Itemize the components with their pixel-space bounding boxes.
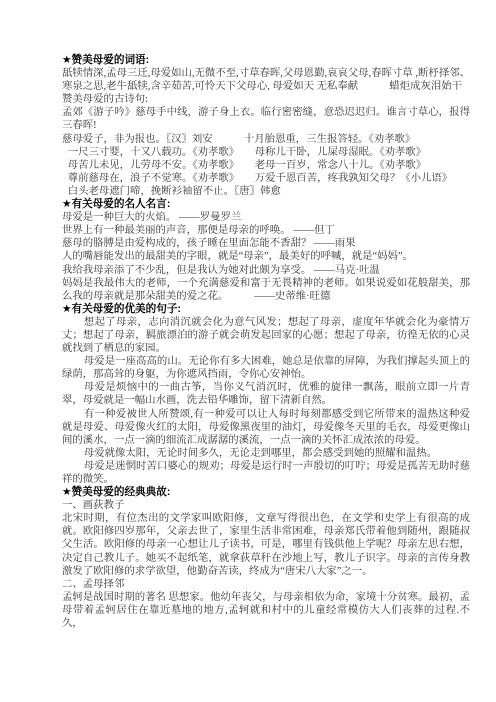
paragraph: 北宋时期，有位杰出的文学家叫欧阳修，文章写得很出色，在文学和史学上有很高的成就。… [62,512,470,577]
paragraph: 母爱是迷惘时苦口婆心的规劝；母爱是运行时一声殷切的叮咛；母爱是孤苦无助时慈祥的微… [62,460,470,486]
text-line: 世界上有一种最美丽的声音，那便是母亲的呼唤。 ——但丁 [62,224,470,237]
text-line: 母爱是一种巨大的火焰。 ——罗曼罗兰 [62,211,470,224]
star-icon: ★ [62,198,72,210]
paragraph: 母爱就像太阳，无论时间多久，无论走到哪里，都会感受到她的照耀和温热。 [62,447,470,460]
paragraph: 想起了母亲，志向消沉就会化为意气风发；想起了母亲，虚度年华就会化为豪情万丈；想起… [62,316,470,355]
text-line: 赞美母爱的古诗句: [62,93,470,106]
paragraph: 舐犊情深,孟母三迁,母爱如山,无微不至,寸草春晖,父母恩勤,哀哀父母,春晖寸草 … [62,67,470,93]
text-line: 白头老母遮门啼，挽断衫袖留不止。〖唐〗韩愈 [62,185,470,198]
text-line: 人的嘴唇能发出的最甜美的字眼，就是“母亲”，最美好的呼喊，就是“妈妈”。 [62,250,470,263]
star-icon: ★ [62,54,72,66]
paragraph: 妈妈是我最伟大的老师，一个充满慈爱和富于无畏精神的老师。如果说爱如花般甜美，那么… [62,277,470,303]
section-heading: ★赞美母爱的词语: [62,54,470,67]
text-line: 母苦儿未见，儿劳母不安。《劝孝歌》 老母一百岁，常念八十儿。《劝孝歌》 [62,159,470,172]
star-icon: ★ [62,303,72,315]
paragraph: 孟轲是战国时期的著名 思想家。他幼年丧父，与母亲相依为命，家境十分贫寒。最初，孟… [62,591,470,630]
text-line: 二、孟母择邻 [62,578,470,591]
text-line: 慈母爱子，非为报也。〖汉〗刘安 十月胎恩重，三生报答轻。《劝孝歌》 [62,133,470,146]
paragraph: 母爱是一座高高的山。无论你有多大困难，她总是依靠的屏障，为我们撑起头顶上的绿荫，… [62,355,470,381]
paragraph: 母爱是烦恼中的一曲古筝，当你义气消沉时，优雅的旋律一飘荡，眼前立即一片青翠，母爱… [62,381,470,407]
document-body: ★赞美母爱的词语:舐犊情深,孟母三迁,母爱如山,无微不至,寸草春晖,父母恩勤,哀… [62,54,470,630]
heading-text: 有关母爱的名人名言: [72,198,171,210]
heading-text: 赞美母爱的词语: [72,54,150,66]
paragraph: 孟郊《游子吟》慈母手中线，游子身上衣。临行密密缝，意恐迟迟归。谁言寸草心，报得三… [62,106,470,132]
section-heading: ★有关母爱的优美的句子: [62,303,470,316]
text-line: 一、画荻教子 [62,499,470,512]
text-line: 慈母的胳膊是由爱构成的，孩子睡在里面怎能不香甜？ ——雨果 [62,237,470,250]
paragraph: 有一种爱被世人所赞颂,有一种爱可以让人每时每刻都感受到它所带来的温热这种爱就是母… [62,408,470,447]
star-icon: ★ [62,486,72,498]
text-line: 一尺三寸婴，十又八载功。《劝孝歌》 母称儿干卧，儿屎母湿眠。《劝孝歌》 [62,146,470,159]
text-line: 我给我母亲添了不少乱，但是我认为她对此颇为享受。 ——马克·吐温 [62,264,470,277]
heading-text: 有关母爱的优美的句子: [72,303,181,315]
section-heading: ★有关母爱的名人名言: [62,198,470,211]
text-line: 尊前慈母在，浪子不觉寒。《劝孝歌》 万爱千恩百苦，疼我孰知父母？《小儿语》 [62,172,470,185]
heading-text: 赞美母爱的经典典故: [72,486,171,498]
document-page: ★赞美母爱的词语:舐犊情深,孟母三迁,母爱如山,无微不至,寸草春晖,父母恩勤,哀… [0,0,496,702]
section-heading: ★赞美母爱的经典典故: [62,486,470,499]
